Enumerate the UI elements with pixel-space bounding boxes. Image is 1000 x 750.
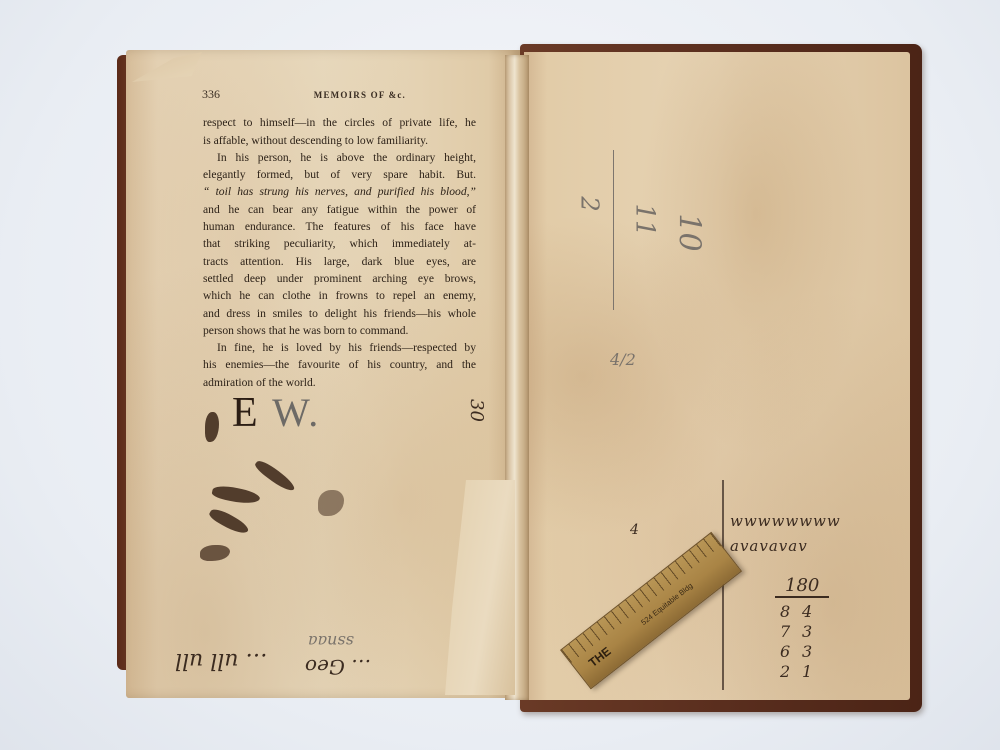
ledger-total: 180 [775, 575, 829, 598]
text-line: human endurance. The features of his fac… [203, 218, 476, 235]
text-line: In fine, he is loved by his friends—resp… [203, 339, 476, 356]
handwriting-upside-down: … ull ull [175, 648, 267, 673]
ledger-cell: 8 [780, 602, 790, 622]
text-line: In his person, he is above the ordinary … [203, 149, 476, 166]
text-line: settled deep under prominent arching eye… [203, 270, 476, 287]
ledger-cell: 3 [802, 622, 812, 642]
text-line: and he can bear any fatigue within the p… [203, 201, 476, 218]
right-page [524, 52, 910, 700]
pencil-vertical-line [613, 150, 614, 310]
ledger-row: wwwwwwww [730, 512, 841, 530]
ledger-cell: 3 [802, 642, 812, 662]
text-line: person shows that he was born to command… [203, 322, 476, 339]
text-line: which he can clothe in frowns to repel a… [203, 287, 476, 304]
ledger-row: avavavav [730, 537, 808, 555]
ledger-cell: 4 [802, 602, 812, 622]
printed-text-block: 336 MEMOIRS OF &c. respect to himself—in… [203, 86, 476, 391]
handwriting-faint: ssnaa [308, 632, 354, 651]
text-line: respect to himself—in the circles of pri… [203, 114, 476, 131]
ledger-cell: 6 [780, 642, 790, 662]
ledger-mark: 4 [630, 522, 639, 538]
text-line: is affable, without descending to low fa… [203, 132, 476, 149]
page-number: 336 [202, 86, 220, 103]
ledger-column-b: 4 3 3 1 [802, 602, 812, 682]
text-line: tracts attention. His large, dark blue e… [203, 253, 476, 270]
running-head: 336 MEMOIRS OF &c. [202, 86, 464, 104]
photo-background: 336 MEMOIRS OF &c. respect to himself—in… [0, 0, 1000, 750]
pencil-number: 11 [630, 203, 660, 236]
pencil-number: 10 [672, 213, 707, 251]
initial-w-pencil: W. [272, 390, 320, 435]
pencil-number: 2 [576, 196, 604, 211]
running-head-title: MEMOIRS OF &c. [314, 87, 406, 104]
initial-e: E [232, 390, 260, 436]
ledger-cell: 1 [802, 662, 812, 682]
text-line: his enemies—the favourite of his country… [203, 356, 476, 373]
text-line-quote: “ toil has strung his nerves, and purifi… [203, 183, 476, 200]
ledger-column-a: 8 7 6 2 [780, 602, 790, 682]
handwriting-upside-down: … Geo [305, 655, 371, 679]
stamped-initials: E W. [232, 389, 320, 437]
text-line: that striking peculiarity, which immedia… [203, 235, 476, 252]
text-line: and dress in smiles to delight his frien… [203, 305, 476, 322]
ledger-cell: 2 [780, 662, 790, 682]
text-line: elegantly formed, but of very spare habi… [203, 166, 476, 183]
ledger-cell: 7 [780, 622, 790, 642]
pencil-note: 4/2 [610, 350, 636, 369]
margin-number: 30 [466, 399, 487, 422]
